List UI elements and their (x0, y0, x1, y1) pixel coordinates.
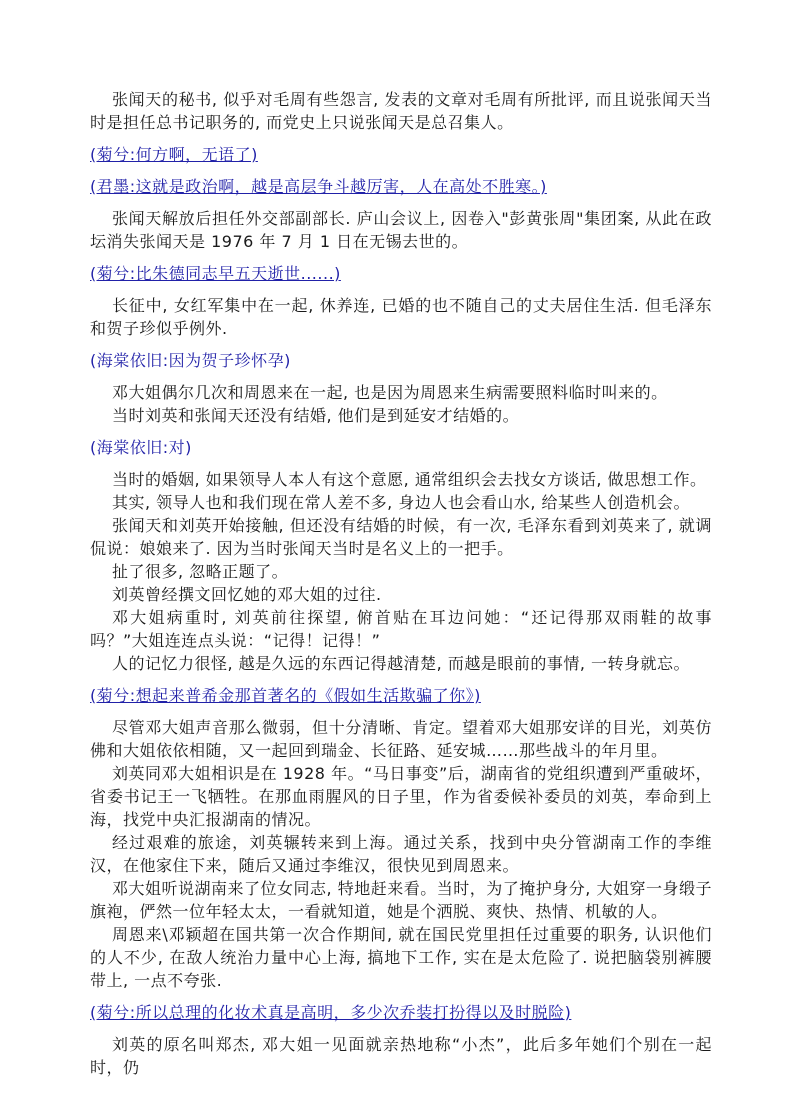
body-paragraph: 刘英的原名叫郑杰, 邓大姐一见面就亲热地称“小杰”，此后多年她们个别在一起时，仍 (90, 1033, 712, 1079)
body-paragraph: 刘英曾经撰文回忆她的邓大姐的过往. (90, 583, 712, 606)
body-paragraph: 张闻天的秘书, 似乎对毛周有些怨言, 发表的文章对毛周有所批评, 而且说张闻天当… (90, 88, 712, 134)
document-page: 张闻天的秘书, 似乎对毛周有些怨言, 发表的文章对毛周有所批评, 而且说张闻天当… (0, 0, 800, 1100)
body-paragraph: 其实, 领导人也和我们现在常人差不多, 身边人也会看山水, 给某些人创造机会。 (90, 491, 712, 514)
reader-comment: (君墨:这就是政治啊，越是高层争斗越厉害，人在高处不胜寒。) (90, 175, 712, 198)
body-paragraph: 人的记忆力很怪, 越是久远的东西记得越清楚, 而越是眼前的事情, 一转身就忘。 (90, 652, 712, 675)
body-paragraph: 邓大姐听说湖南来了位女同志, 特地赶来看。当时，为了掩护身分, 大姐穿一身缎子旗… (90, 877, 712, 923)
body-paragraph: 长征中, 女红军集中在一起, 休养连, 已婚的也不随自己的丈夫居住生活. 但毛泽… (90, 294, 712, 340)
reader-comment: (菊兮:何方啊，无语了) (90, 143, 712, 166)
body-paragraph: 周恩来\邓颖超在国共第一次合作期间, 就在国民党里担任过重要的职务, 认识他们的… (90, 923, 712, 992)
reader-comment: (菊兮:想起来普希金那首著名的《假如生活欺骗了你》) (90, 684, 712, 707)
body-paragraph: 邓大姐偶尔几次和周恩来在一起, 也是因为周恩来生病需要照料临时叫来的。 (90, 381, 712, 404)
body-paragraph: 刘英同邓大姐相识是在 1928 年。“马日事变”后，湖南省的党组织遭到严重破坏，… (90, 762, 712, 831)
reader-comment: (海棠依旧:对) (90, 436, 712, 459)
body-paragraph: 经过艰难的旅途，刘英辗转来到上海。通过关系，找到中央分管湖南工作的李维汉，在他家… (90, 831, 712, 877)
body-paragraph: 当时的婚姻, 如果领导人本人有这个意愿, 通常组织会去找女方谈话, 做思想工作。 (90, 468, 712, 491)
document-content: 张闻天的秘书, 似乎对毛周有些怨言, 发表的文章对毛周有所批评, 而且说张闻天当… (90, 88, 712, 1079)
body-paragraph: 张闻天解放后担任外交部副部长. 庐山会议上, 因卷入"彭黄张周"集团案, 从此在… (90, 207, 712, 253)
body-paragraph: 当时刘英和张闻天还没有结婚, 他们是到延安才结婚的。 (90, 404, 712, 427)
body-paragraph: 张闻天和刘英开始接触, 但还没有结婚的时候，有一次, 毛泽东看到刘英来了, 就调… (90, 514, 712, 560)
reader-comment: (菊兮:比朱德同志早五天逝世......) (90, 262, 712, 285)
body-paragraph: 尽管邓大姐声音那么微弱，但十分清晰、肯定。望着邓大姐那安详的目光，刘英仿佛和大姐… (90, 716, 712, 762)
reader-comment: (海棠依旧:因为贺子珍怀孕) (90, 349, 712, 372)
body-paragraph: 邓大姐病重时, 刘英前往探望, 俯首贴在耳边问她：“还记得那双雨鞋的故事吗？”大… (90, 606, 712, 652)
body-paragraph: 扯了很多, 忽略正题了。 (90, 560, 712, 583)
reader-comment: (菊兮:所以总理的化妆术真是高明，多少次乔装打扮得以及时脱险) (90, 1001, 712, 1024)
